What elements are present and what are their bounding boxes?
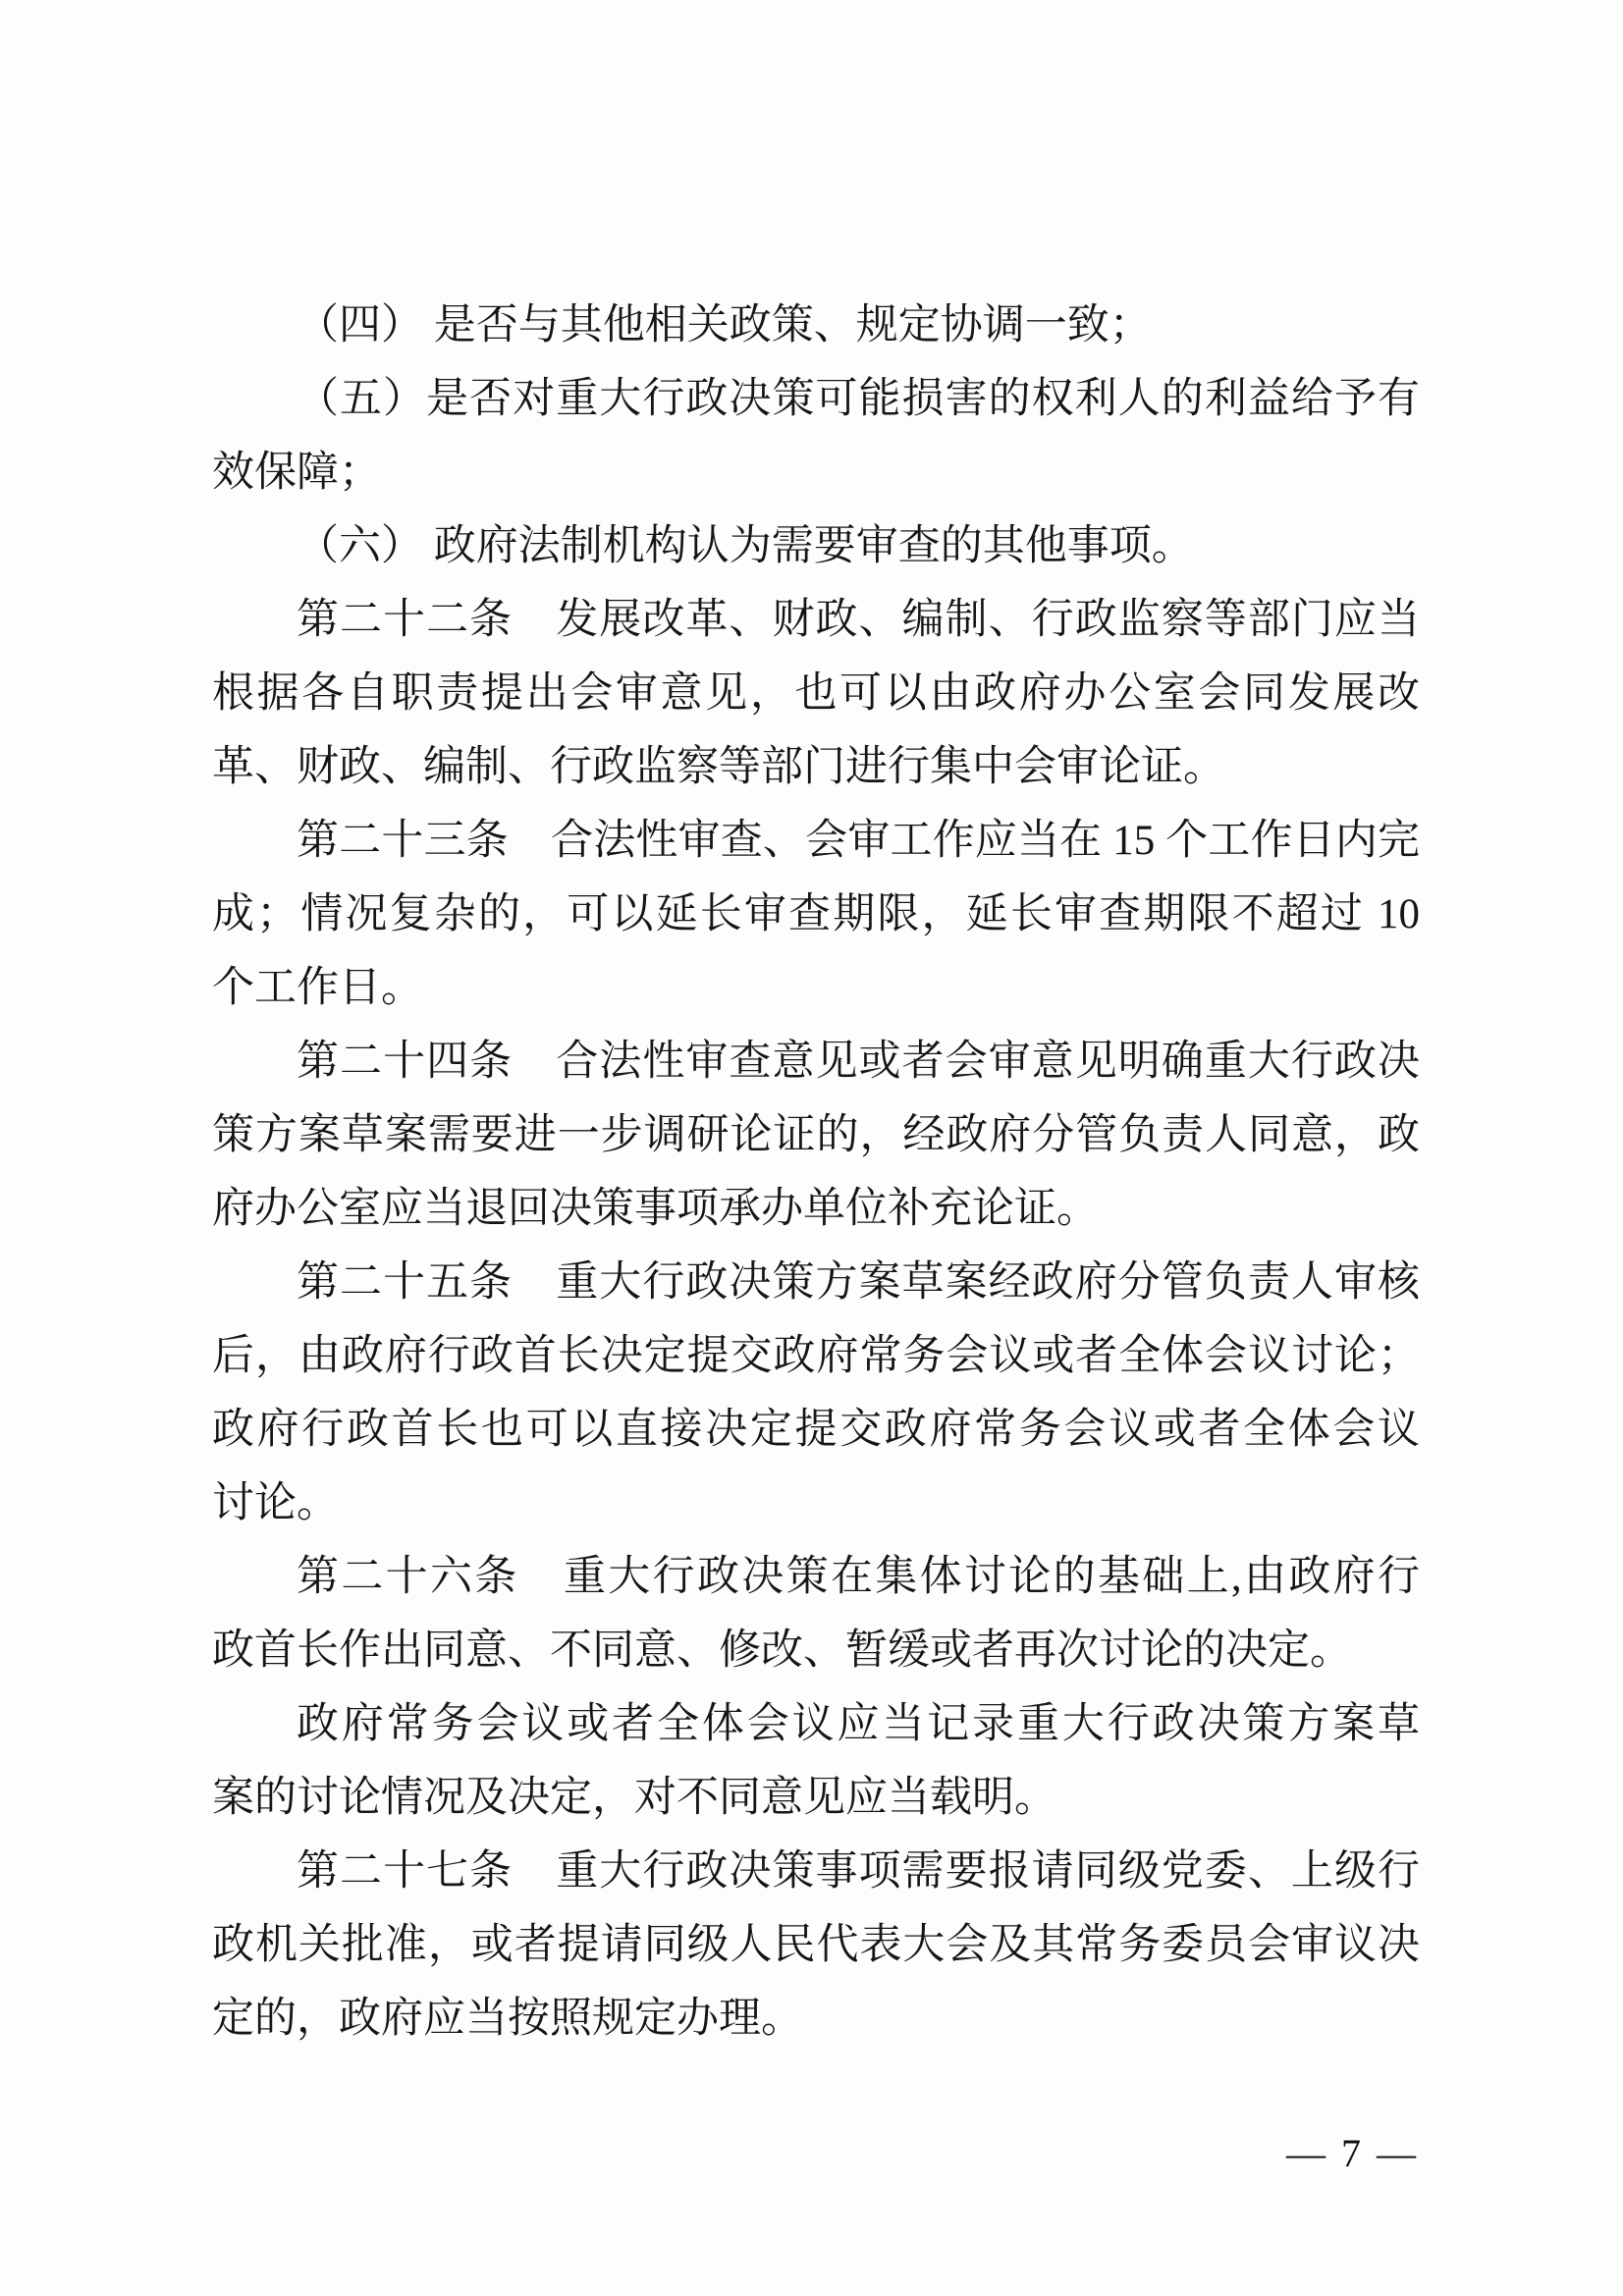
- document-page: （四） 是否与其他相关政策、规定协调一致； （五）是否对重大行政决策可能损害的权…: [0, 0, 1623, 2296]
- text-line: 根据各自职责提出会审意见，也可以由政府办公室会同发展改: [212, 657, 1420, 730]
- text-line: 第二十五条 重大行政决策方案草案经政府分管负责人审核: [212, 1246, 1420, 1319]
- page-number: — 7 —: [1286, 2130, 1419, 2177]
- text-line: 后，由政府行政首长决定提交政府常务会议或者全体会议讨论；: [212, 1319, 1420, 1393]
- document-body: （四） 是否与其他相关政策、规定协调一致； （五）是否对重大行政决策可能损害的权…: [212, 289, 1420, 2056]
- text-line: 第二十七条 重大行政决策事项需要报请同级党委、上级行: [212, 1835, 1420, 1908]
- text-line: 第二十二条 发展改革、财政、编制、行政监察等部门应当: [212, 583, 1420, 657]
- text-line: 策方案草案需要进一步调研论证的，经政府分管负责人同意，政: [212, 1098, 1420, 1172]
- text-line: 第二十四条 合法性审查意见或者会审意见明确重大行政决: [212, 1025, 1420, 1098]
- text-line: 个工作日。: [212, 951, 1420, 1025]
- text-line: 第二十六条 重大行政决策在集体讨论的基础上,由政府行: [212, 1540, 1420, 1614]
- text-line: 政府常务会议或者全体会议应当记录重大行政决策方案草: [212, 1687, 1420, 1761]
- text-line: （四） 是否与其他相关政策、规定协调一致；: [212, 289, 1420, 362]
- text-line: 效保障；: [212, 436, 1420, 509]
- text-line: 革、财政、编制、行政监察等部门进行集中会审论证。: [212, 730, 1420, 804]
- text-line: 政首长作出同意、不同意、修改、暂缓或者再次讨论的决定。: [212, 1614, 1420, 1687]
- text-line: 案的讨论情况及决定，对不同意见应当载明。: [212, 1761, 1420, 1835]
- text-line: 讨论。: [212, 1467, 1420, 1540]
- text-line: （五）是否对重大行政决策可能损害的权利人的利益给予有: [212, 362, 1420, 436]
- text-line: 定的，政府应当按照规定办理。: [212, 1982, 1420, 2056]
- text-line: 政机关批准，或者提请同级人民代表大会及其常务委员会审议决: [212, 1908, 1420, 1982]
- text-line: 府办公室应当退回决策事项承办单位补充论证。: [212, 1172, 1420, 1246]
- text-line: 政府行政首长也可以直接决定提交政府常务会议或者全体会议: [212, 1393, 1420, 1467]
- text-line: （六） 政府法制机构认为需要审查的其他事项。: [212, 509, 1420, 583]
- text-line: 第二十三条 合法性审查、会审工作应当在 15 个工作日内完: [212, 804, 1420, 878]
- text-line: 成；情况复杂的，可以延长审查期限，延长审查期限不超过 10: [212, 878, 1420, 951]
